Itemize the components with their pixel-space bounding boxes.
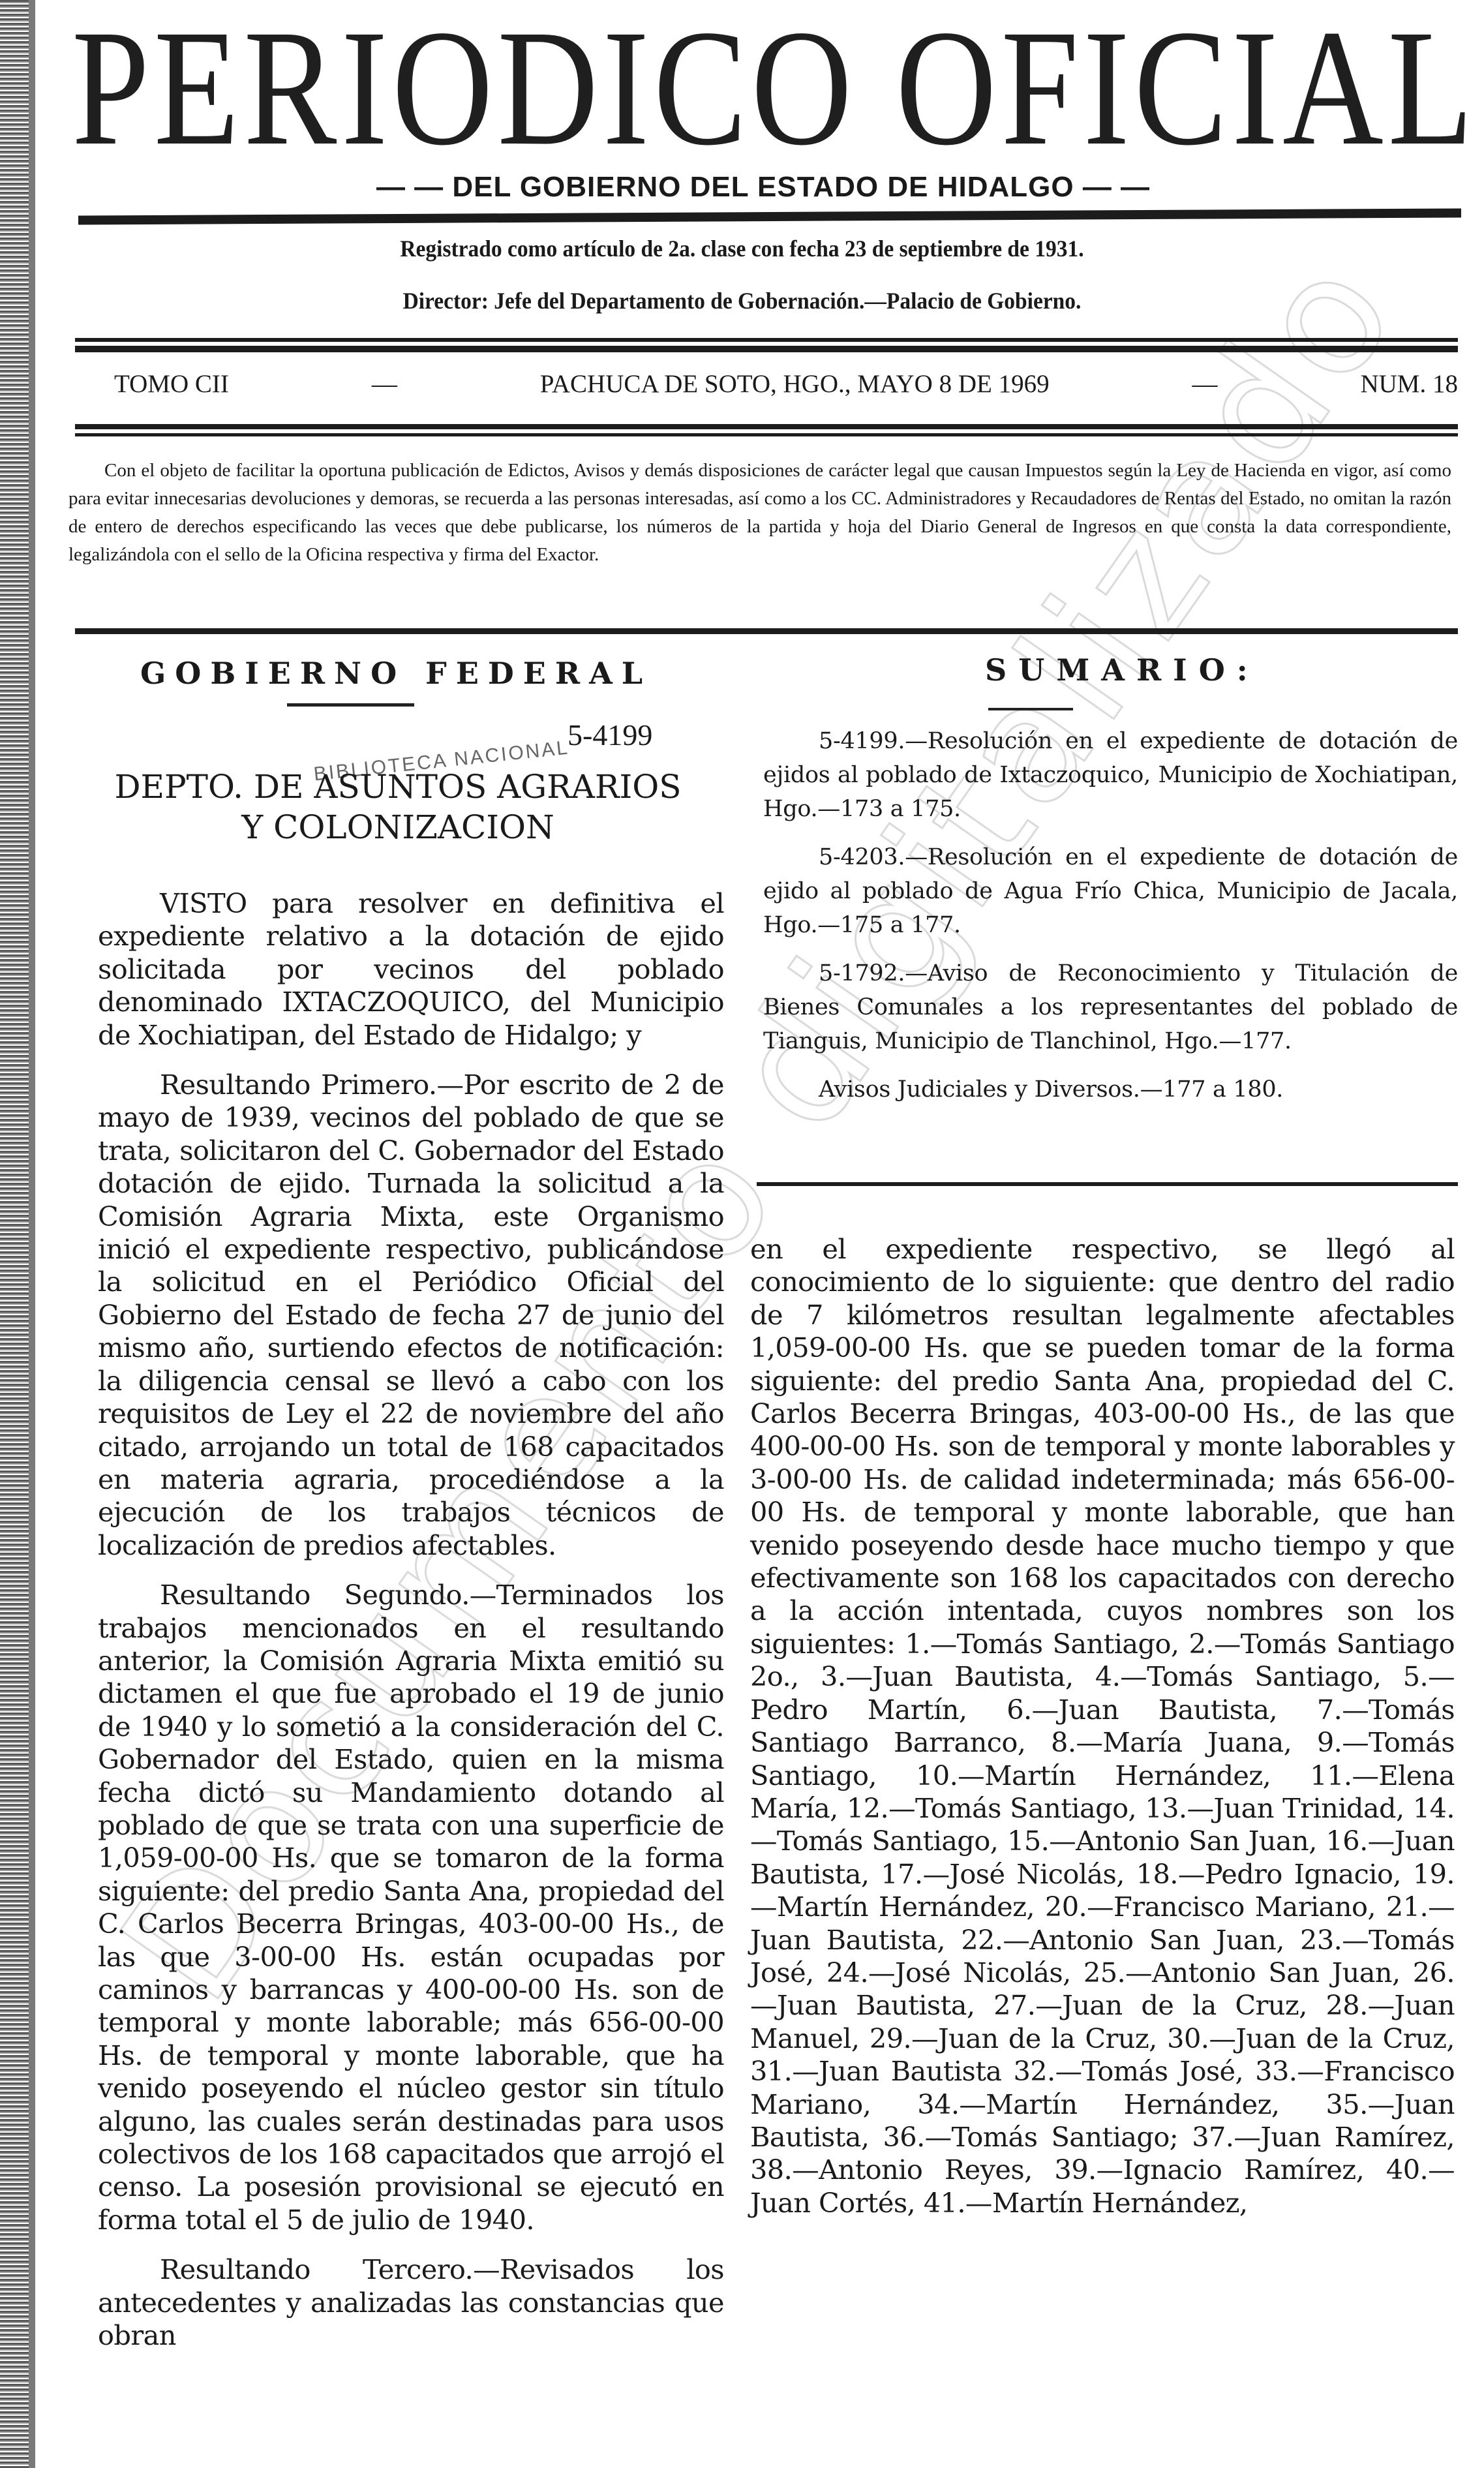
issue-bottom-rule — [75, 424, 1458, 429]
section-heading: GOBIERNO FEDERAL — [140, 656, 652, 691]
registration-line: Registrado como artículo de 2a. clase co… — [52, 235, 1432, 262]
sumario-item: 5-4199.—Resolución en el expediente de d… — [763, 724, 1458, 826]
sumario-bottom-rule — [757, 1182, 1458, 1186]
sumario-item: 5-4203.—Resolución en el expediente de d… — [763, 840, 1458, 942]
scan-edge-border — [29, 0, 35, 2468]
place-date: PACHUCA DE SOTO, HGO., MAYO 8 DE 1969 — [540, 369, 1050, 399]
publication-notice: Con el objeto de facilitar la oportuna p… — [68, 457, 1451, 569]
sumario-heading: SUMARIO: — [985, 652, 1260, 688]
department-line-2: Y COLONIZACION — [85, 807, 711, 847]
director-line: Director: Jefe del Departamento de Gober… — [52, 287, 1432, 314]
sumario-underline — [988, 708, 1073, 710]
right-column-body: en el expediente respectivo, se llegó al… — [750, 1233, 1455, 2219]
scan-edge-shadow — [0, 0, 29, 2468]
paragraph-resultando-tercero: Resultando Tercero.—Revisados los antece… — [98, 2253, 724, 2352]
issue-line: TOMO CII — PACHUCA DE SOTO, HGO., MAYO 8… — [114, 369, 1458, 399]
issue-separator: — — [372, 369, 397, 399]
paragraph-visto: VISTO para resolver en definitiva el exp… — [98, 887, 724, 1052]
sumario-list: 5-4199.—Resolución en el expediente de d… — [763, 724, 1458, 1121]
left-column-body: VISTO para resolver en definitiva el exp… — [98, 887, 724, 2352]
paragraph-continuation: en el expediente respectivo, se llegó al… — [750, 1233, 1455, 2219]
heading-underline — [287, 703, 414, 707]
sumario-item: 5-1792.—Aviso de Reconocimiento y Titula… — [763, 956, 1458, 1058]
newspaper-title: PERIODICO OFICIAL — [72, 13, 1234, 163]
department-heading: DEPTO. DE ASUNTOS AGRARIOS Y COLONIZACIO… — [85, 767, 711, 847]
issue-top-rule-2 — [75, 346, 1458, 352]
newspaper-subtitle: — — DEL GOBIERNO DEL ESTADO DE HIDALGO —… — [72, 171, 1455, 204]
sumario-item: Avisos Judiciales y Diversos.—177 a 180. — [763, 1073, 1458, 1106]
tomo: TOMO CII — [114, 369, 229, 399]
masthead: PERIODICO OFICIAL — — DEL GOBIERNO DEL E… — [72, 13, 1455, 163]
department-line-1: DEPTO. DE ASUNTOS AGRARIOS — [85, 767, 711, 807]
issue-number: NUM. 18 — [1360, 369, 1458, 399]
issue-separator: — — [1192, 369, 1218, 399]
paragraph-resultando-segundo: Resultando Segundo.—Terminados los traba… — [98, 1579, 724, 2236]
expediente-number: 5-4199 — [568, 718, 652, 752]
masthead-rule — [78, 208, 1461, 224]
notice-bottom-rule — [75, 628, 1458, 634]
issue-top-rule — [75, 338, 1458, 342]
issue-bottom-rule-2 — [75, 433, 1458, 436]
paragraph-resultando-primero: Resultando Primero.—Por escrito de 2 de … — [98, 1069, 724, 1562]
